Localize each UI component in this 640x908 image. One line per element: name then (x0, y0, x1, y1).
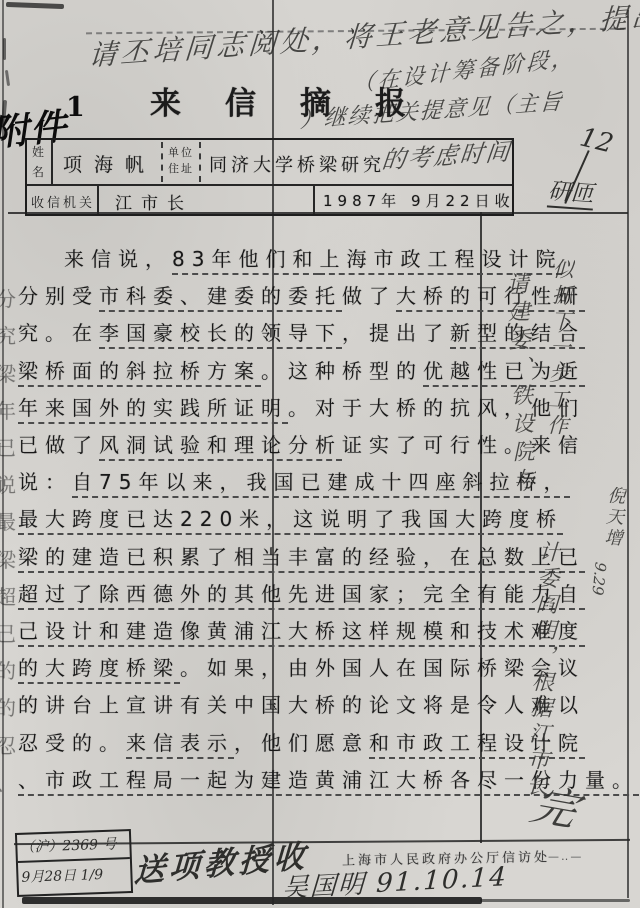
table-name-label: 姓 名 (32, 142, 44, 182)
ghost-edge-character: 、 (0, 767, 16, 796)
body-text-line: 梁桥面的斜拉桥方案。这种桥型的优越性已为近 (18, 358, 585, 385)
body-text-segment: 做了 (342, 284, 396, 308)
ghost-edge-character: 的 (0, 655, 16, 684)
ghost-edge-character: 的 (0, 692, 16, 721)
ghost-edge-character: 梁 (0, 544, 16, 573)
body-text-segment: 忍受的。 (18, 731, 126, 755)
body-text-segment: 来信说， (64, 247, 172, 271)
body-text-segment: ，他们愿意 (234, 731, 369, 755)
registry-number-box: （沪）2369 号 9月28日 1/9 (15, 829, 133, 897)
body-text-underlined-segment: 的大跨度桥梁 (18, 656, 180, 684)
body-text-segment: 。如果，由外国人在国际桥梁会议 (180, 656, 585, 680)
sender-name-value: 项海帆 (63, 150, 156, 177)
body-text-line: 来信说，83年他们和上海市政工程设计院 (18, 246, 562, 273)
table-name-label-divider (51, 140, 53, 184)
ghost-edge-character: 年 (0, 395, 16, 424)
body-text-underlined-segment: 自75年以来，我国已建成十四座斜拉桥， (72, 470, 570, 498)
body-text-line: 的大跨度桥梁。如果，由外国人在国际桥梁会议 (18, 655, 585, 682)
body-text-underlined-segment: 年来国外的实践所证明 (18, 396, 288, 424)
body-text-line: 忍受的。来信表示，他们愿意和市政工程设计院 (18, 730, 585, 757)
ghost-edge-character: 已 (0, 432, 16, 461)
table-unit-label-line1: 单位 (168, 145, 194, 161)
body-text-line: 已做了风洞试验和理论分析证实了可行性。来信 (18, 432, 585, 459)
body-text-underlined-segment: 最大跨度已达220米，这 (18, 507, 320, 535)
attachment-stamp-number: 1 (66, 92, 85, 123)
body-text-line: 的讲台上宣讲有关中国大桥的论文将是令人难以 (18, 692, 585, 719)
table-name-label-char2: 名 (32, 162, 44, 182)
margin-signature-name: 倪天增 (598, 485, 628, 550)
body-text-line: 年来国外的实践所证明。对于大桥的抗风，他们 (18, 395, 585, 422)
margin-signature-date: 9.29 (588, 561, 609, 596)
body-text-underlined-segment: 梁的建造已积累了相当丰富的经验，在总数上已 (18, 545, 585, 573)
table-row-divider (27, 184, 512, 186)
ghost-edge-character: 说 (0, 469, 16, 498)
ghost-edge-character: 梁 (0, 358, 16, 387)
table-name-label-char1: 姓 (32, 142, 44, 162)
page-title: 来信摘报 (150, 78, 450, 123)
ghost-edge-character: 己 (0, 618, 16, 647)
receiver-value: 江市长 (115, 189, 193, 214)
body-text-segment: 分别受 (18, 284, 99, 308)
body-text-underlined-segment: 市科委、建委的委托 (99, 284, 342, 312)
body-text-underlined-segment: 己设计和建造像黄浦江大桥这样规模和技术难度 (18, 619, 585, 647)
body-text-segment: ，提出了 (342, 321, 450, 345)
body-text-segment: 。这种桥型的 (261, 359, 423, 383)
body-text-segment: 。对于大桥的抗风，他们 (288, 396, 585, 420)
table-unit-label-line2: 住址 (168, 161, 194, 177)
table-receiver-divider (97, 184, 99, 214)
table-date-divider (313, 184, 315, 214)
right-scan-edge-line (627, 10, 629, 898)
body-text-segment: 已做了 (18, 433, 99, 457)
body-text-line: 说：自75年以来，我国已建成十四座斜拉桥， (18, 469, 570, 496)
body-text-segment: 说： (18, 470, 72, 494)
registry-box-divider (18, 857, 130, 863)
body-text-underlined-segment: 风洞试验和理论分析 (99, 433, 342, 461)
body-text-underlined-segment: 83年他们和 (172, 247, 319, 275)
body-text-line: 梁的建造已积累了相当丰富的经验，在总数上已 (18, 544, 585, 571)
scanned-letter-digest-page: 请丕培同志阅处，将王老意见告之，提出中国 （在设计筹备阶段， ）继续把关提意见（… (0, 0, 640, 908)
body-text-line: 最大跨度已达220米，这说明了我国大跨度桥 (18, 506, 563, 533)
ghost-edge-character: 超 (0, 581, 16, 610)
table-unit-label-divider (161, 142, 163, 182)
body-text-line: 超过了除西德外的其他先进国家；完全有能力自 (18, 581, 585, 608)
bottom-edge-dashes: —‥— (548, 850, 583, 863)
ghost-edge-character: 究 (0, 320, 16, 349)
body-text-underlined-segment: 超过了除西德外的其他先进国家；完全有能力自 (18, 582, 585, 610)
handwritten-corner-mark-number: 12 (577, 122, 616, 159)
body-text-segment: 究。在 (18, 321, 99, 345)
table-unit-value-divider (199, 142, 201, 182)
registry-number: （沪）2369 号 (20, 834, 117, 857)
body-text-line: 己设计和建造像黄浦江大桥这样规模和技术难度 (18, 618, 585, 645)
date-received: 1987年 9月22日收 (323, 190, 515, 211)
sender-unit-value: 同济大学桥梁研究 (209, 151, 385, 177)
handwritten-corner-mark-text: 研匝 (547, 172, 595, 210)
body-text-underlined-segment: 梁桥面的斜拉桥方案 (18, 359, 261, 387)
left-edge-ghost-characters: 分究梁年已说最梁超己的的忍、 (0, 0, 17, 908)
bottom-scan-bar-thin (480, 899, 630, 902)
body-text-underlined-segment: 来信表示 (126, 731, 234, 759)
body-text-segment: 的讲台上宣讲有关中国大桥的论文将是令人难以 (18, 693, 585, 717)
ghost-edge-character: 分 (0, 283, 16, 312)
table-unit-label: 单位 住址 (168, 145, 194, 177)
ghost-edge-character: 最 (0, 506, 16, 535)
body-text-underlined-segment: 说明了我国大跨度桥 (320, 507, 563, 535)
receiver-label: 收信机关 (31, 192, 95, 211)
registry-date: 9月28日 1/9 (21, 864, 103, 887)
body-text-underlined-segment: 李国豪校长的领导下 (99, 321, 342, 349)
body-text-line: 究。在李国豪校长的领导下，提出了新型的结合 (18, 320, 585, 347)
ghost-edge-character: 忍 (0, 730, 16, 759)
